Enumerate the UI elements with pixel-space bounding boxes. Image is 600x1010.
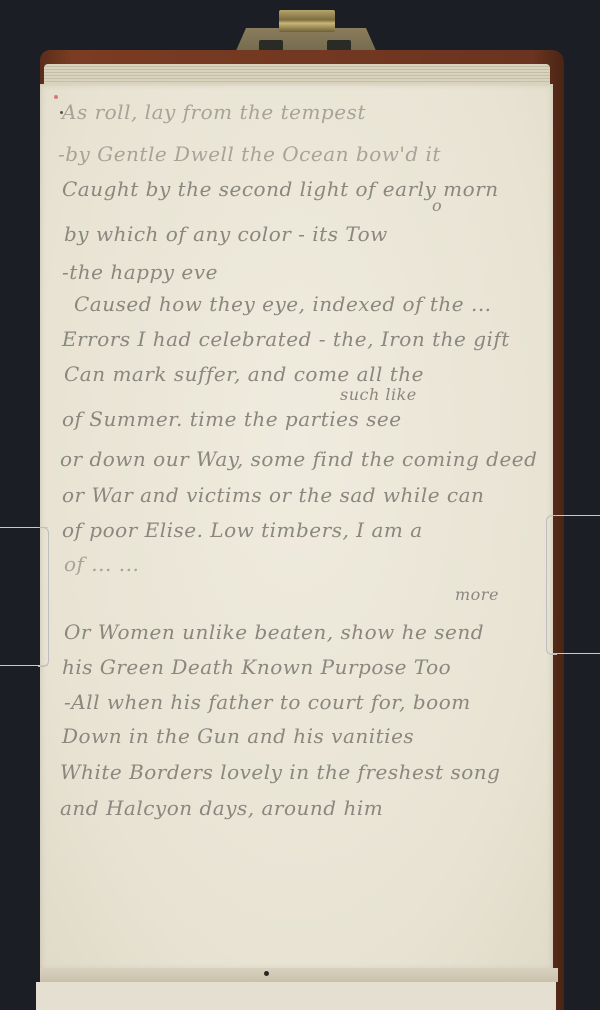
handwritten-line: or down our Way, some find the coming de… — [60, 447, 537, 471]
page-edge-bottom — [40, 968, 558, 982]
handwritten-line: o — [432, 196, 442, 215]
handwritten-line: -by Gentle Dwell the Ocean bow'd it — [58, 142, 441, 166]
scan-canvas: As roll, lay from the tempest-by Gentle … — [0, 0, 600, 1010]
handwritten-line: or War and victims or the sad while can — [62, 483, 484, 507]
page-hole — [264, 971, 269, 976]
handwritten-line: Errors I had celebrated - the, Iron the … — [62, 327, 510, 351]
handwritten-line: by which of any color - its Tow — [64, 222, 388, 246]
handwritten-line: and Halcyon days, around him — [60, 796, 383, 820]
elastic-band-loop-left — [38, 527, 49, 667]
elastic-band-top-right — [552, 515, 600, 516]
handwritten-line: -the happy eve — [62, 260, 218, 284]
next-page-edge — [36, 982, 556, 1010]
handwritten-line: Down in the Gun and his vanities — [62, 724, 414, 748]
handwritten-line: As roll, lay from the tempest — [62, 100, 366, 124]
handwritten-line: more — [455, 585, 499, 604]
page-edges-top — [44, 64, 550, 86]
handwritten-line: of ... ... — [64, 552, 139, 576]
handwritten-line: White Borders lovely in the freshest son… — [60, 760, 500, 784]
handwritten-line: of Summer. time the parties see — [62, 407, 402, 431]
clasp-hinge — [279, 10, 335, 32]
handwritten-line: his Green Death Known Purpose Too — [62, 655, 451, 679]
brass-clasp — [231, 10, 381, 54]
elastic-band-loop-right — [546, 515, 557, 655]
handwritten-line: of poor Elise. Low timbers, I am a — [62, 518, 423, 542]
handwritten-line: Can mark suffer, and come all the — [64, 362, 424, 386]
elastic-band-bottom-right — [552, 653, 600, 654]
handwritten-line: Or Women unlike beaten, show he send — [64, 620, 484, 644]
handwritten-line: -All when his father to court for, boom — [64, 690, 471, 714]
red-mark-dot — [54, 95, 58, 99]
handwritten-line: such like — [340, 385, 417, 404]
handwritten-line: Caused how they eye, indexed of the ... — [74, 292, 492, 316]
